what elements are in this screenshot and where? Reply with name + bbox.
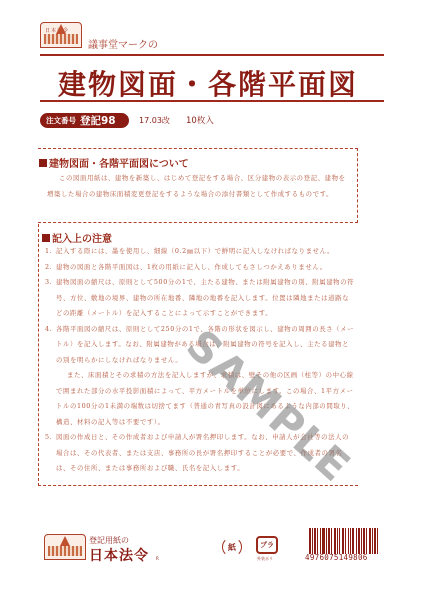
revision-text: 17.03改 (139, 115, 170, 126)
barcode-icon (309, 528, 383, 554)
logo-tagline: 議事堂マークの (88, 36, 158, 51)
plastic-recycle-label: プラ (260, 540, 274, 550)
registered-mark: R (156, 556, 159, 561)
logo-dome (60, 536, 70, 546)
note-number: 4. (45, 322, 52, 338)
square-bullet-icon (39, 159, 47, 167)
order-number-value: 登記98 (80, 113, 116, 128)
note-item: 1. 記入する際には、墨を使用し、細線（0.2㎜以下）で鮮明に記入しなければなり… (45, 244, 355, 260)
notes-heading: 記入上の注意 (42, 230, 112, 245)
about-text: この図面用紙は、建物を新築し、はじめて登記をする場合、区分建物の表示の登記、建物… (47, 171, 347, 202)
note-item: 3. 建物図面の縮尺は、原則として500分の1で、主たる建物、または附属建物の別… (45, 275, 355, 322)
about-heading: 建物図面・各階平面図について (39, 155, 189, 170)
note-number: 1. (45, 244, 52, 260)
logo-columns (48, 546, 82, 556)
barcode-number: 4976075149806 (305, 553, 368, 562)
page-title: 建物図面・各階平面図 (58, 63, 358, 103)
diet-building-logo-icon: 日本法令 (40, 22, 82, 48)
note-text: 建物の図面と各階平面図は、1枚の用紙に記入し、作成してもさしつかえありません。 (56, 263, 327, 271)
square-bullet-icon (42, 234, 50, 242)
notes-heading-text: 記入上の注意 (52, 230, 112, 245)
note-number: 3. (45, 275, 52, 291)
plastic-recycle-caption: 外装ポリ (257, 556, 273, 562)
about-heading-text: 建物図面・各階平面図について (49, 155, 189, 170)
order-number-badge: 注文番号 登記98 (40, 113, 129, 128)
publisher-name: 日本法令 (89, 545, 149, 565)
note-item: 2. 建物の図面と各階平面図は、1枚の用紙に記入し、作成してもさしつかえありませ… (45, 260, 355, 276)
diet-building-logo-icon (44, 534, 86, 560)
logo-columns (44, 34, 78, 44)
plastic-recycle-icon: プラ (256, 536, 278, 554)
order-number-label: 注文番号 (46, 115, 76, 126)
sheet-count: 10枚入 (186, 114, 214, 126)
note-number: 5. (45, 430, 52, 446)
note-text: 記入する際には、墨を使用し、細線（0.2㎜以下）で鮮明に記入しなければなりません… (56, 247, 334, 255)
note-number: 2. (45, 260, 52, 276)
title-top-rule (40, 54, 384, 56)
paper-recycle-icon: 紙 (222, 537, 242, 557)
paper-recycle-label: 紙 (228, 542, 236, 553)
note-text: 建物図面の縮尺は、原則として500分の1で、主たる建物、または附属建物の別、附属… (56, 278, 354, 317)
title-bottom-rule (40, 100, 384, 102)
